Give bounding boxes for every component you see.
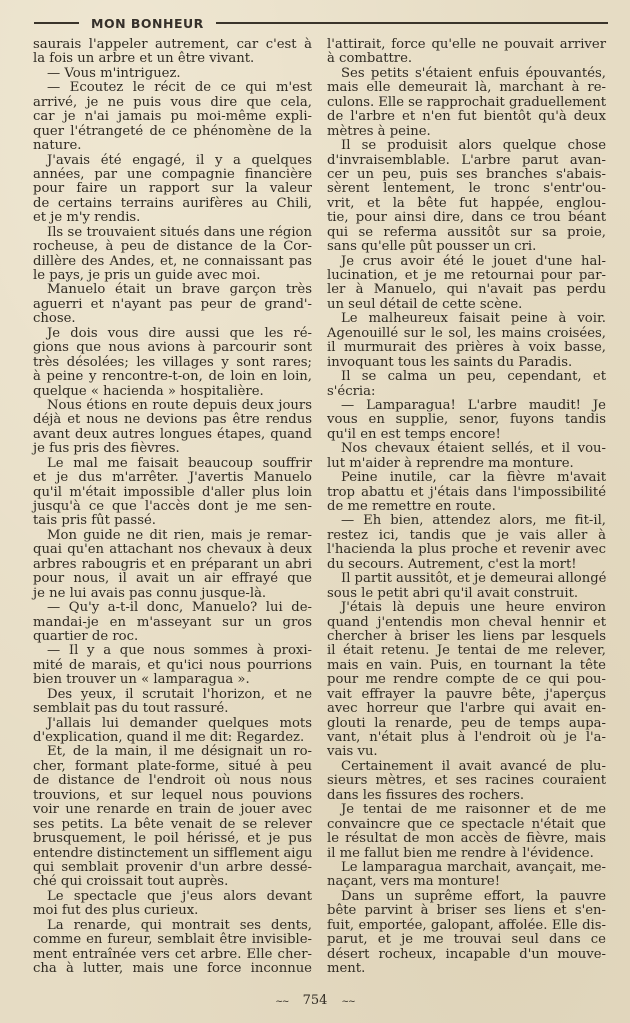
text-line: saurais l'appeler autrement, car c'est à xyxy=(33,38,312,52)
text-line: aguerri et n'ayant pas peur de grand'- xyxy=(33,298,312,312)
text-line: — Qu'y a-t-il donc, Manuelo? lui de- xyxy=(33,601,312,615)
text-line: Ses petits s'étaient enfuis épouvantés, xyxy=(327,67,606,81)
text-line: vait effrayer la pauvre bête, j'aperçus xyxy=(327,688,606,702)
text-line: la fois un arbre et un être vivant. xyxy=(33,52,312,66)
text-line: Mon guide ne dit rien, mais je remar- xyxy=(33,529,312,543)
text-line: ment. xyxy=(327,962,606,976)
text-line: Nos chevaux étaient sellés, et il vou- xyxy=(327,442,606,456)
text-line: moi fut des plus curieux. xyxy=(33,904,312,918)
text-line: J'étais là depuis une heure environ xyxy=(327,601,606,615)
text-line: glouti la renarde, peu de temps aupa- xyxy=(327,717,606,731)
text-line: quartier de roc. xyxy=(33,630,312,644)
text-line: pour faire un rapport sur la valeur xyxy=(33,182,312,196)
text-line: mètres à peine. xyxy=(327,125,606,139)
text-line: — Vous m'intriguez. xyxy=(33,67,312,81)
text-line: le résultat de mon accès de fièvre, mais xyxy=(327,832,606,846)
text-line: qui semblait provenir d'un arbre dessé- xyxy=(33,861,312,875)
header-rule-left xyxy=(34,22,79,24)
text-line: sous le petit abri qu'il avait construit… xyxy=(327,587,606,601)
text-line: lucination, et je me retournai pour par- xyxy=(327,269,606,283)
text-line: s'écria: xyxy=(327,385,606,399)
text-line: culons. Elle se rapprochait graduellemen… xyxy=(327,96,606,110)
text-line: trouvions, et sur lequel nous pouvions xyxy=(33,789,312,803)
text-line: Agenouillé sur le sol, les mains croisée… xyxy=(327,327,606,341)
text-line: l'hacienda la plus proche et revenir ave… xyxy=(327,543,606,557)
text-line: mais elle demeurait là, marchant à re- xyxy=(327,81,606,95)
text-line: — Lamparagua! L'arbre maudit! Je xyxy=(327,399,606,413)
text-line: Et, de la main, il me désignait un ro- xyxy=(33,745,312,759)
text-line: à combattre. xyxy=(327,52,606,66)
text-line: ses petits. La bête venait de se relever xyxy=(33,818,312,832)
text-line: un seul détail de cette scène. xyxy=(327,298,606,312)
text-line: il murmurait des prières à voix basse, xyxy=(327,341,606,355)
text-line: comme en fureur, semblait être invisible… xyxy=(33,933,312,947)
text-column-left: saurais l'appeler autrement, car c'est à… xyxy=(33,38,312,976)
text-line: dans les fissures des rochers. xyxy=(327,789,606,803)
text-line: car je n'ai jamais pu moi-même expli- xyxy=(33,110,312,124)
text-line: chose. xyxy=(33,312,312,326)
text-line: il était retenu. Je tentai de me relever… xyxy=(327,644,606,658)
text-line: ment entraînée vers cet arbre. Elle cher… xyxy=(33,948,312,962)
running-head-title: MON BONHEUR xyxy=(91,16,204,31)
text-line: semblait pas du tout rassuré. xyxy=(33,702,312,716)
text-line: Ils se trouvaient situés dans une région xyxy=(33,226,312,240)
ornament-right-icon: ~~ xyxy=(342,997,355,1007)
text-line: de distance de l'endroit où nous nous xyxy=(33,774,312,788)
text-line: sèrent lentement, le tronc s'entr'ou- xyxy=(327,182,606,196)
text-line: J'avais été engagé, il y a quelques xyxy=(33,154,312,168)
text-line: Manuelo était un brave garçon très xyxy=(33,283,312,297)
text-line: J'allais lui demander quelques mots xyxy=(33,717,312,731)
text-line: Il se produisit alors quelque chose xyxy=(327,139,606,153)
text-line: qu'il m'était impossible d'aller plus lo… xyxy=(33,486,312,500)
text-line: — Eh bien, attendez alors, me fit-il, xyxy=(327,514,606,528)
text-line: qui se referma aussitôt sur sa proie, xyxy=(327,226,606,240)
text-line: désert rocheux, incapable d'un mouve- xyxy=(327,948,606,962)
text-line: sans qu'elle pût pousser un cri. xyxy=(327,240,606,254)
text-line: Des yeux, il scrutait l'horizon, et ne xyxy=(33,688,312,702)
text-line: Je tentai de me raisonner et de me xyxy=(327,803,606,817)
text-line: dillère des Andes, et, ne connaissant pa… xyxy=(33,255,312,269)
text-line: chercher à briser les liens par lesquels xyxy=(327,630,606,644)
text-line: Le malheureux faisait peine à voir. xyxy=(327,312,606,326)
text-column-right: l'attirait, force qu'elle ne pouvait arr… xyxy=(327,38,606,976)
text-line: mité de marais, et qu'ici nous pourrions xyxy=(33,659,312,673)
text-line: je ne lui avais pas connu jusque-là. xyxy=(33,587,312,601)
text-line: cha à lutter, mais une force inconnue xyxy=(33,962,312,976)
text-line: déjà et nous ne devions pas être rendus xyxy=(33,413,312,427)
text-line: d'invraisemblable. L'arbre parut avan- xyxy=(327,154,606,168)
text-line: vais vu. xyxy=(327,745,606,759)
text-line: de certains terrains aurifères au Chili, xyxy=(33,197,312,211)
text-line: tais pris fût passé. xyxy=(33,514,312,528)
text-line: bien trouver un « lamparagua ». xyxy=(33,673,312,687)
text-line: — Il y a que nous sommes à proxi- xyxy=(33,644,312,658)
text-line: quer l'étrangeté de ce phénomène de la xyxy=(33,125,312,139)
text-line: restez ici, tandis que je vais aller à xyxy=(327,529,606,543)
text-line: Le lamparagua marchait, avançait, me- xyxy=(327,861,606,875)
text-line: et je m'y rendis. xyxy=(33,211,312,225)
text-line: du secours. Autrement, c'est la mort! xyxy=(327,558,606,572)
text-line: cer un peu, puis ses branches s'abais- xyxy=(327,168,606,182)
text-line: Dans un suprême effort, la pauvre xyxy=(327,890,606,904)
text-line: arbres rabougris et en préparant un abri xyxy=(33,558,312,572)
text-line: de me remettre en route. xyxy=(327,500,606,514)
text-line: Il partit aussitôt, et je demeurai allon… xyxy=(327,572,606,586)
text-line: et je dus m'arrêter. J'avertis Manuelo xyxy=(33,471,312,485)
text-line: à peine y rencontre-t-on, de loin en loi… xyxy=(33,370,312,384)
text-line: invoquant tous les saints du Paradis. xyxy=(327,356,606,370)
text-line: jusqu'à ce que l'accès dont je me sen- xyxy=(33,500,312,514)
text-line: Je crus avoir été le jouet d'une hal- xyxy=(327,255,606,269)
text-line: La renarde, qui montrait ses dents, xyxy=(33,919,312,933)
text-line: Nous étions en route depuis deux jours xyxy=(33,399,312,413)
text-line: l'attirait, force qu'elle ne pouvait arr… xyxy=(327,38,606,52)
header-rule-right xyxy=(216,22,608,24)
text-line: tie, pour ainsi dire, dans ce trou béant xyxy=(327,211,606,225)
text-line: le pays, je pris un guide avec moi. xyxy=(33,269,312,283)
text-line: il me fallut bien me rendre à l'évidence… xyxy=(327,847,606,861)
text-line: nature. xyxy=(33,139,312,153)
text-line: lut m'aider à reprendre ma monture. xyxy=(327,457,606,471)
text-line: Le spectacle que j'eus alors devant xyxy=(33,890,312,904)
text-line: pour nous, il avait un air effrayé que xyxy=(33,572,312,586)
text-line: avec horreur que l'arbre qui avait en- xyxy=(327,702,606,716)
text-line: rocheuse, à peu de distance de la Cor- xyxy=(33,240,312,254)
text-line: sieurs mètres, et ses racines couraient xyxy=(327,774,606,788)
text-line: — Ecoutez le récit de ce qui m'est xyxy=(33,81,312,95)
page-number: 754 xyxy=(303,993,328,1008)
text-line: convaincre que ce spectacle n'était que xyxy=(327,818,606,832)
text-line: qu'il en est temps encore! xyxy=(327,428,606,442)
text-line: avant deux autres longues étapes, quand xyxy=(33,428,312,442)
book-page: MON BONHEUR saurais l'appeler autrement,… xyxy=(0,0,630,1023)
text-line: Peine inutile, car la fièvre m'avait xyxy=(327,471,606,485)
text-line: quai qu'en attachant nos chevaux à deux xyxy=(33,543,312,557)
text-line: de l'arbre et n'en fut bientôt qu'à deux xyxy=(327,110,606,124)
text-line: ché qui croissait tout auprès. xyxy=(33,875,312,889)
text-line: voir une renarde en train de jouer avec xyxy=(33,803,312,817)
text-line: années, par une compagnie financière xyxy=(33,168,312,182)
text-line: d'explication, quand il me dit: Regardez… xyxy=(33,731,312,745)
text-line: arrivé, je ne puis vous dire que cela, xyxy=(33,96,312,110)
text-line: fuit, emportée, galopant, affolée. Elle … xyxy=(327,919,606,933)
text-line: entendre distinctement un sifflement aig… xyxy=(33,847,312,861)
text-line: vrit, et la bête fut happée, englou- xyxy=(327,197,606,211)
text-line: parut, et je me trouvai seul dans ce xyxy=(327,933,606,947)
running-head: MON BONHEUR xyxy=(34,14,608,32)
text-line: naçant, vers ma monture! xyxy=(327,875,606,889)
text-line: mais en vain. Puis, en tournant la tête xyxy=(327,659,606,673)
text-line: Je dois vous dire aussi que les ré- xyxy=(33,327,312,341)
text-line: quand j'entendis mon cheval hennir et xyxy=(327,616,606,630)
text-line: très désolées; les villages y sont rares… xyxy=(33,356,312,370)
text-line: quelque « hacienda » hospitalière. xyxy=(33,385,312,399)
text-line: cher, formant plate-forme, situé à peu xyxy=(33,760,312,774)
text-line: gions que nous avions à parcourir sont xyxy=(33,341,312,355)
text-line: trop abattu et j'étais dans l'impossibil… xyxy=(327,486,606,500)
text-line: vous en supplie, senor, fuyons tandis xyxy=(327,413,606,427)
text-line: je fus pris des fièvres. xyxy=(33,442,312,456)
text-line: mandai-je en m'asseyant sur un gros xyxy=(33,616,312,630)
page-footer: ~~ 754 ~~ xyxy=(0,993,630,1008)
text-line: Le mal me faisait beaucoup souffrir xyxy=(33,457,312,471)
ornament-left-icon: ~~ xyxy=(275,997,288,1007)
text-line: Il se calma un peu, cependant, et xyxy=(327,370,606,384)
text-line: pour me rendre compte de ce qui pou- xyxy=(327,673,606,687)
text-line: Certainement il avait avancé de plu- xyxy=(327,760,606,774)
text-line: vant, n'était plus à l'endroit où je l'a… xyxy=(327,731,606,745)
text-line: ler à Manuelo, qui n'avait pas perdu xyxy=(327,283,606,297)
text-line: brusquement, le poil hérissé, et je pus xyxy=(33,832,312,846)
text-line: bête parvint à briser ses liens et s'en- xyxy=(327,904,606,918)
